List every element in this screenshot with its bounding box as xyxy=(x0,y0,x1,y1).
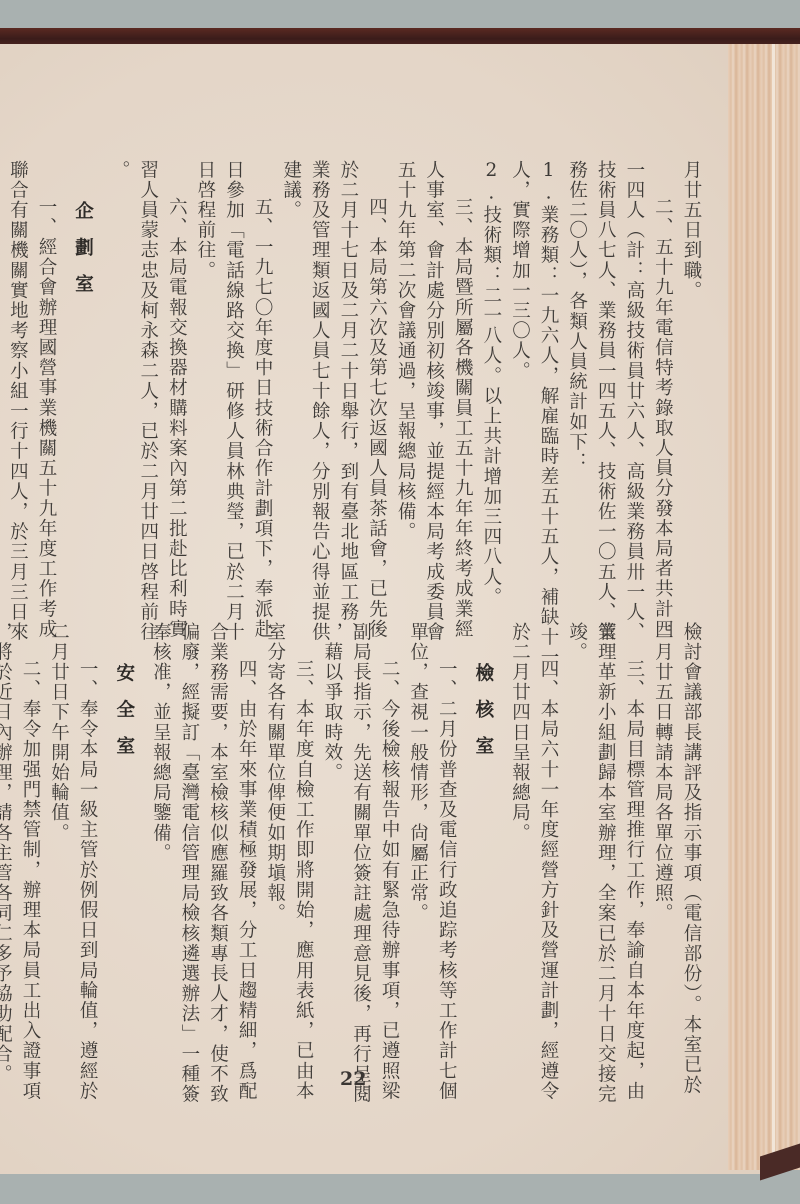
text-line: 務佐二〇人），各類人員統計如下： xyxy=(562,160,591,600)
text-line: 管理革新小組劃歸本室辦理，全案已於二月十日交接完 xyxy=(591,622,620,1062)
paragraph-start-line: 五、一九七〇年度中日技術合作計劃項下，奉派赴 xyxy=(248,160,277,600)
text-line: 副局長指示，先送有關單位簽註處理意見後，再行呈閱 xyxy=(346,622,375,1062)
text-line: 聯合有關機關實地考察小組一行十四人，於三月三日來 xyxy=(3,160,32,600)
paragraph-start-line: 四、本局六十一年度經營方針及營運計劃，經遵令 xyxy=(533,622,562,1062)
text-line: 2.技術類：二一八人。以上共計增加三四八人。 xyxy=(476,160,505,600)
paragraph-start-line: 二、今後檢核報告中如有緊急待辦事項，已遵照梁 xyxy=(374,622,403,1062)
text-line: 室分寄各有關單位俾便如期塡報。 xyxy=(260,622,289,1062)
paragraph-start-line: 一、二月份普查及電信行政追踪考核等工作計七個 xyxy=(432,622,461,1062)
text-line: ，藉以爭取時效。 xyxy=(317,622,346,1062)
paragraph-start-line: 一、經合會辦理國營事業機關五十九年度工作考成 xyxy=(31,160,60,600)
upper-text-block: 月廿五日到職。二、五十九年電信特考錄取人員分發本局者共計四一四人（計：高級技術員… xyxy=(0,160,705,600)
page-stack-edge xyxy=(728,44,800,1170)
text-line: 人事室、會計處分別初核竣事，並提經本局考成委員會 xyxy=(419,160,448,600)
text-line: 技術員八七人、業務員一四五人、技術佐一〇五人、業 xyxy=(591,160,620,600)
text-line: 五十九年第二次會議通過，呈報總局核備。 xyxy=(390,160,419,600)
page-fold-line xyxy=(772,44,775,1170)
text-line: 於二月廿四日呈報總局。 xyxy=(505,622,534,1062)
text-line: 竣。 xyxy=(562,622,591,1062)
text-line: ，將於近日內辦理，請各主管各同仁多予協助配合。 xyxy=(0,622,15,1062)
text-line: 日參加「電話線路交換」研修人員林典瑩，已於二月十 xyxy=(219,160,248,600)
text-line: 日啓程前往。 xyxy=(190,160,219,600)
paragraph-start-line: 二、奉令加强門禁管制，辦理本局員工出入證事項 xyxy=(15,622,44,1062)
paragraph-start-line: 三、本年度自檢工作即將開始，應用表紙，已由本 xyxy=(289,622,318,1062)
text-line: 奉核准，並呈報總局鑒備。 xyxy=(146,622,175,1062)
paragraph-start-line: 一、奉令本局一級主管於例假日到局輪值，遵經於 xyxy=(73,622,102,1062)
text-line: 人，實際增加一三〇人。 xyxy=(505,160,534,600)
text-line: 二月廿日下午開始輪值。 xyxy=(44,622,73,1062)
section-heading: 企劃室 xyxy=(68,160,97,600)
paragraph-start-line: 三、本局目標管理推行工作，奉諭自本年度起，由 xyxy=(619,622,648,1062)
page-number: 22 xyxy=(340,1068,366,1090)
text-line: 單位，查視一般情形，尙屬正常。 xyxy=(403,622,432,1062)
text-line: 檢討會議部長講評及指示事項（電信部份）。本室已於 xyxy=(676,622,705,1062)
text-line: 偏廢，經擬訂「臺灣電信管理局檢核遴選辦法」一種簽 xyxy=(174,622,203,1062)
text-line: 月廿五日到職。 xyxy=(676,160,705,600)
text-line: 1.業務類：一九六人，解雇臨時差五十五人，補缺十一 xyxy=(533,160,562,600)
text-line: 一四人（計：高級技術員廿六人、高級業務員卅一人、 xyxy=(619,160,648,600)
text-line: 二月廿五日轉請本局各單位遵照。 xyxy=(648,622,677,1062)
paragraph-start-line: 六、本局電報交換器材購料案內第二批赴比利時實 xyxy=(162,160,191,600)
paragraph-start-line: 二、五十九年電信特考錄取人員分發本局者共計四 xyxy=(648,160,677,600)
text-line: 業務及管理類返國人員七十餘人，分別報告心得並提供 xyxy=(305,160,334,600)
text-line: 習人員蒙志忠及柯永森二人，已於二月廿四日啓程前往 xyxy=(133,160,162,600)
section-heading: 安全室 xyxy=(109,622,138,1062)
paragraph-start-line: 四、本局第六次及第七次返國人員茶話會，已先後 xyxy=(362,160,391,600)
text-line: 於二月十七日及二月二十日舉行，到有臺北地區工務、 xyxy=(333,160,362,600)
text-line: 。 xyxy=(105,160,134,600)
lower-text-block: 檢討會議部長講評及指示事項（電信部份）。本室已於二月廿五日轉請本局各單位遵照。三… xyxy=(0,622,705,1062)
paragraph-start-line: 三、本局暨所屬各機關員工五十九年年終考成業經 xyxy=(448,160,477,600)
paragraph-start-line: 四、由於年來事業積極發展，分工日趨精細，爲配 xyxy=(232,622,261,1062)
text-line: 合業務需要，本室檢核似應羅致各類專長人才，使不致 xyxy=(203,622,232,1062)
text-line: 建議。 xyxy=(276,160,305,600)
section-heading: 檢核室 xyxy=(468,622,497,1062)
